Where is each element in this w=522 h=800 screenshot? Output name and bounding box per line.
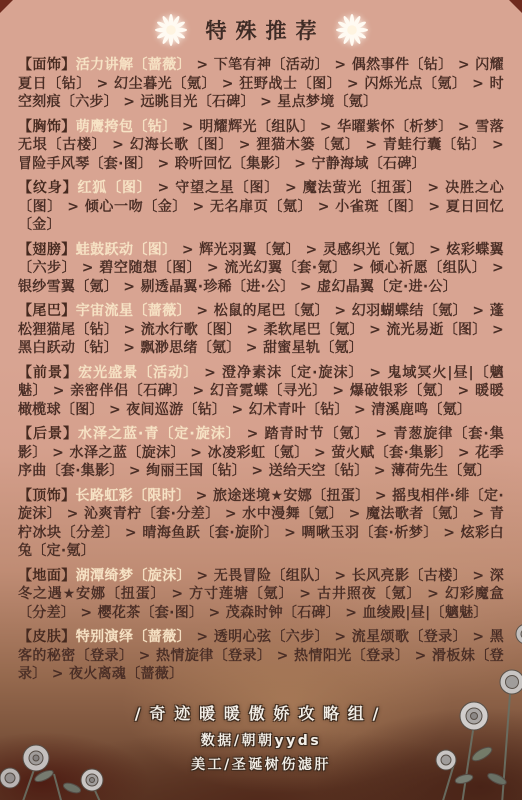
section-后景: 【后景】水泽之蓝·青〔定·旋沫〕 > 踏青时节〔氪〕 > 青葱旋律〔套·集影〕 … (18, 425, 504, 481)
rank-separator: > (241, 340, 263, 356)
guide-poster: 特殊推荐 【面饰】活力讲解〔蔷 (0, 0, 522, 800)
item-entry: 华曜紫怀〔析梦〕 (337, 119, 452, 135)
category-label: 【尾巴】 (18, 303, 76, 319)
rank-separator: > (177, 119, 200, 135)
rank-separator: > (409, 648, 432, 664)
rank-separator: > (75, 605, 97, 621)
rank-separator: > (453, 57, 476, 73)
item-entry: 绚丽王国〔钻〕 (146, 463, 246, 479)
rank-separator: > (438, 525, 461, 541)
rank-separator: > (423, 199, 446, 215)
category-label: 【后景】 (18, 426, 78, 442)
credits-footer: /奇迹暖暖傲娇攻略组/ 数据/朝朝yyds 美工/圣诞树伤滤肝 (0, 701, 522, 778)
item-entry: 魔法歌者〔氪〕 (366, 506, 467, 522)
rank-separator: > (364, 322, 386, 338)
item-entry: 幻尘暮光〔氪〕 (114, 76, 216, 92)
rank-separator: > (104, 402, 126, 418)
section-纹身: 【纹身】红狐〔图〕 > 守望之星〔图〕 > 魔法萤光〔扭蛋〕 > 决胜之心〔图〕… (18, 179, 504, 235)
rank-separator: > (360, 137, 383, 153)
item-entry: 无畏冒险〔组队〕 (214, 568, 329, 584)
item-entry: 透明心弦〔六步〕 (214, 629, 329, 645)
section-胸饰: 【胸饰】萌鹰挎包〔钻〕 > 明耀辉光〔组队〕 > 华曜紫怀〔析梦〕 > 雪落无垠… (18, 118, 504, 174)
item-entry: 方寸莲塘〔氪〕 (189, 586, 293, 602)
rank-separator: > (349, 402, 371, 418)
rank-separator: > (453, 445, 476, 461)
rank-separator: > (191, 568, 214, 584)
rank-separator: > (370, 426, 394, 442)
item-entry: 踏青时节〔氪〕 (265, 426, 370, 442)
highlighted-item: 湖潭绮梦〔旋沫〕 (76, 568, 191, 584)
item-entry: 幻音霓蝶〔寻光〕 (210, 383, 327, 399)
category-label: 【地面】 (18, 568, 76, 584)
rank-separator: > (452, 383, 475, 399)
art-credit: 美工/圣诞树伤滤肝 (0, 754, 522, 774)
rank-separator: > (329, 629, 352, 645)
rank-separator: > (246, 463, 268, 479)
rank-separator: > (76, 260, 99, 276)
rank-separator: > (191, 57, 214, 73)
item-entry: 下笔有神〔活动〕 (214, 57, 329, 73)
item-entry: 茂森时钟〔石碑〕 (226, 605, 340, 621)
item-entry: 甜蜜星轨〔氪〕 (263, 340, 363, 356)
item-entry: 冰凌彩虹〔氪〕 (208, 445, 309, 461)
item-entry: 飘渺思绪〔氪〕 (141, 340, 241, 356)
rank-separator: > (61, 506, 84, 522)
item-entry: 流水行歌〔图〕 (141, 322, 241, 338)
item-entry: 夜火离魂〔蔷薇〕 (69, 666, 183, 682)
rank-separator: > (295, 279, 317, 295)
rank-separator: > (255, 94, 277, 110)
section-翅膀: 【翅膀】蛙鼓跃动〔图〕 > 辉光羽翼〔氪〕 > 灵感织光〔氪〕 > 炫彩蝶翼〔六… (18, 241, 504, 297)
recommendation-sections: 【面饰】活力讲解〔蔷薇〕 > 下笔有神〔活动〕 > 偶然事件〔钻〕 > 闪耀夏日… (18, 56, 504, 684)
item-entry: 流星颂歌〔登录〕 (352, 629, 467, 645)
item-entry: 送给天空〔钻〕 (269, 463, 369, 479)
item-entry: 远眺目光〔石碑〕 (141, 94, 255, 110)
item-entry: 灵感织光〔氪〕 (323, 242, 424, 258)
item-entry: 亲密伴侣〔石碑〕 (70, 383, 187, 399)
rank-separator: > (340, 605, 362, 621)
rank-separator: > (47, 666, 69, 682)
item-entry: 流光易逝〔图〕 (386, 322, 486, 338)
rank-separator: > (216, 76, 239, 92)
highlighted-item: 特别演绎〔蔷薇〕 (76, 629, 191, 645)
highlighted-item: 萌鹰挎包〔钻〕 (76, 119, 177, 135)
rank-separator: > (347, 260, 370, 276)
item-entry: 偶然事件〔钻〕 (352, 57, 453, 73)
category-label: 【皮肤】 (18, 629, 76, 645)
item-entry: 萤火赋〔套·集影〕 (331, 445, 452, 461)
rank-separator: > (271, 648, 294, 664)
rank-separator: > (233, 137, 256, 153)
item-entry: 长风亮影〔古楼〕 (352, 568, 467, 584)
rank-separator: > (190, 488, 213, 504)
item-entry: 水中漫舞〔氪〕 (242, 506, 343, 522)
rank-separator: > (315, 119, 338, 135)
section-皮肤: 【皮肤】特别演绎〔蔷薇〕 > 透明心弦〔六步〕 > 流星颂歌〔登录〕 > 黑客的… (18, 628, 504, 684)
item-entry: 澄净素沫〔定·旋沫〕 (222, 365, 363, 381)
highlighted-item: 宏光盛景〔活动〕 (78, 365, 198, 381)
item-entry: 薄荷先生〔氪〕 (391, 463, 491, 479)
rank-separator: > (203, 605, 225, 621)
item-entry: 倾心祈愿〔组队〕 (370, 260, 487, 276)
item-entry: 守望之星〔图〕 (175, 180, 279, 196)
item-entry: 黑白跃动〔钻〕 (18, 340, 118, 356)
item-entry: 虚幻晶翼〔定·进·公〕 (317, 279, 457, 295)
item-entry: 冒险手风琴〔套·图〕 (18, 156, 152, 172)
rank-separator: > (279, 525, 302, 541)
item-entry: 清溪鹿鸣〔氪〕 (371, 402, 471, 418)
item-entry: 流光幻翼〔套·氪〕 (224, 260, 347, 276)
rank-separator: > (341, 76, 364, 92)
highlighted-item: 活力讲解〔蔷薇〕 (76, 57, 191, 73)
section-前景: 【前景】宏光盛景〔活动〕 > 澄净素沫〔定·旋沫〕 > 鬼域冥火|昼|〔魑魅〕 … (18, 364, 504, 420)
rank-separator: > (453, 119, 476, 135)
rank-separator: > (133, 648, 156, 664)
rank-separator: > (300, 242, 323, 258)
rank-separator: > (124, 463, 146, 479)
item-entry: 热情阳光〔登录〕 (294, 648, 409, 664)
rank-separator: > (312, 199, 335, 215)
item-entry: 血绫殿|昼|〔魑魅〕 (363, 605, 488, 621)
category-label: 【面饰】 (18, 57, 76, 73)
rank-separator: > (486, 260, 504, 276)
rank-separator: > (47, 445, 70, 461)
rank-separator: > (118, 94, 140, 110)
rank-separator: > (369, 463, 391, 479)
title-row: 特殊推荐 (18, 14, 504, 46)
white-flower-icon (336, 14, 368, 46)
rank-separator: > (47, 383, 70, 399)
highlighted-item: 宇宙流星〔蔷薇〕 (76, 303, 191, 319)
data-credit: 数据/朝朝yyds (0, 730, 522, 750)
item-entry: 辉光羽翼〔氪〕 (199, 242, 300, 258)
item-entry: 啁啾玉羽〔套·析梦〕 (302, 525, 438, 541)
item-entry: 星点梦境〔氪〕 (277, 94, 377, 110)
rank-separator: > (486, 137, 504, 153)
item-entry: 明耀辉光〔组队〕 (199, 119, 314, 135)
item-entry: 剔透晶翼·珍稀〔进·公〕 (141, 279, 295, 295)
rank-separator: > (220, 506, 243, 522)
item-entry: 倾心一吻〔金〕 (85, 199, 187, 215)
rank-separator: > (329, 303, 352, 319)
rank-separator: > (327, 383, 350, 399)
item-entry: 古井照夜〔氪〕 (317, 586, 421, 602)
item-entry: 沁爽青柠〔套·分差〕 (84, 506, 220, 522)
rank-separator: > (152, 180, 176, 196)
category-label: 【前景】 (18, 365, 78, 381)
rank-separator: > (177, 242, 200, 258)
highlighted-item: 红狐〔图〕 (77, 180, 151, 196)
item-entry: 狂野战士〔图〕 (239, 76, 341, 92)
item-entry: 幻羽蝴蝶结〔氪〕 (352, 303, 467, 319)
rank-separator: > (329, 568, 352, 584)
item-entry: 闪烁光点〔氪〕 (364, 76, 466, 92)
guide-group-name: /奇迹暖暖傲娇攻略组/ (0, 701, 522, 724)
rank-separator: > (467, 629, 490, 645)
rank-separator: > (201, 260, 224, 276)
category-label: 【翅膀】 (18, 242, 76, 258)
rank-separator: > (487, 322, 504, 338)
section-顶饰: 【顶饰】长路虹彩〔限时〕 > 旅途迷境★安娜〔扭蛋〕 > 摇曳相伴·绯〔定·旋沫… (18, 487, 504, 561)
item-entry: 热情旋律〔登录〕 (156, 648, 271, 664)
item-entry: 爆破银彩〔氪〕 (350, 383, 452, 399)
item-entry: 松鼠的尾巴〔氪〕 (214, 303, 329, 319)
rank-separator: > (279, 180, 303, 196)
content-area: 特殊推荐 【面饰】活力讲解〔蔷 (0, 0, 522, 684)
item-entry: 柔软尾巴〔氪〕 (264, 322, 364, 338)
item-entry: 聆听回忆〔集影〕 (175, 156, 289, 172)
rank-separator: > (152, 156, 174, 172)
item-entry: 碧空随想〔图〕 (99, 260, 201, 276)
rank-separator: > (166, 586, 190, 602)
rank-separator: > (191, 629, 214, 645)
rank-separator: > (187, 199, 210, 215)
rank-separator: > (364, 365, 388, 381)
category-label: 【顶饰】 (18, 488, 75, 504)
rank-separator: > (191, 303, 214, 319)
item-entry: 银纱雪翼〔氪〕 (18, 279, 118, 295)
rank-separator: > (467, 568, 490, 584)
rank-separator: > (187, 383, 210, 399)
highlighted-item: 长路虹彩〔限时〕 (75, 488, 190, 504)
rank-separator: > (467, 76, 490, 92)
item-entry: 青蛙行囊〔钻〕 (383, 137, 486, 153)
category-label: 【纹身】 (18, 180, 77, 196)
item-entry: 幻海长歌〔图〕 (130, 137, 233, 153)
rank-separator: > (467, 506, 490, 522)
rank-separator: > (329, 57, 352, 73)
rank-separator: > (91, 76, 114, 92)
rank-separator: > (467, 303, 490, 319)
rank-separator: > (309, 445, 332, 461)
section-尾巴: 【尾巴】宇宙流星〔蔷薇〕 > 松鼠的尾巴〔氪〕 > 幻羽蝴蝶结〔氪〕 > 蓬松狸… (18, 302, 504, 358)
section-地面: 【地面】湖潭绮梦〔旋沫〕 > 无畏冒险〔组队〕 > 长风亮影〔古楼〕 > 深冬之… (18, 567, 504, 623)
item-entry: 无名扉页〔氪〕 (210, 199, 312, 215)
rank-separator: > (118, 322, 140, 338)
rank-separator: > (370, 488, 393, 504)
item-entry: 宁静海域〔石碑〕 (312, 156, 426, 172)
rank-separator: > (343, 506, 366, 522)
highlighted-item: 水泽之蓝·青〔定·旋沫〕 (78, 426, 241, 442)
item-entry: 魔法萤光〔扭蛋〕 (303, 180, 422, 196)
item-entry: 幻术青叶〔钻〕 (249, 402, 349, 418)
rank-separator: > (226, 402, 248, 418)
item-entry: 晴海鱼跃〔套·旋阶〕 (142, 525, 278, 541)
item-entry: 小雀斑〔图〕 (335, 199, 423, 215)
item-entry: 狸猫木篓〔氪〕 (256, 137, 359, 153)
section-面饰: 【面饰】活力讲解〔蔷薇〕 > 下笔有神〔活动〕 > 偶然事件〔钻〕 > 闪耀夏日… (18, 56, 504, 112)
rank-separator: > (241, 426, 265, 442)
white-flower-icon (155, 14, 187, 46)
rank-separator: > (120, 525, 143, 541)
rank-separator: > (421, 586, 445, 602)
item-entry: 樱花茶〔套·图〕 (98, 605, 204, 621)
rank-separator: > (241, 322, 263, 338)
rank-separator: > (289, 156, 311, 172)
rank-separator: > (62, 199, 85, 215)
rank-separator: > (185, 445, 208, 461)
rank-separator: > (107, 137, 130, 153)
highlighted-item: 蛙鼓跃动〔图〕 (76, 242, 177, 258)
rank-separator: > (293, 586, 317, 602)
item-entry: 水泽之蓝〔旋沫〕 (70, 445, 185, 461)
item-entry: 夜间巡游〔钻〕 (126, 402, 226, 418)
rank-separator: > (118, 340, 140, 356)
item-entry: 旅途迷境★安娜〔扭蛋〕 (213, 488, 370, 504)
category-label: 【胸饰】 (18, 119, 76, 135)
page-title: 特殊推荐 (197, 15, 326, 45)
rank-separator: > (118, 279, 140, 295)
rank-separator: > (198, 365, 222, 381)
rank-separator: > (424, 242, 447, 258)
rank-separator: > (422, 180, 446, 196)
